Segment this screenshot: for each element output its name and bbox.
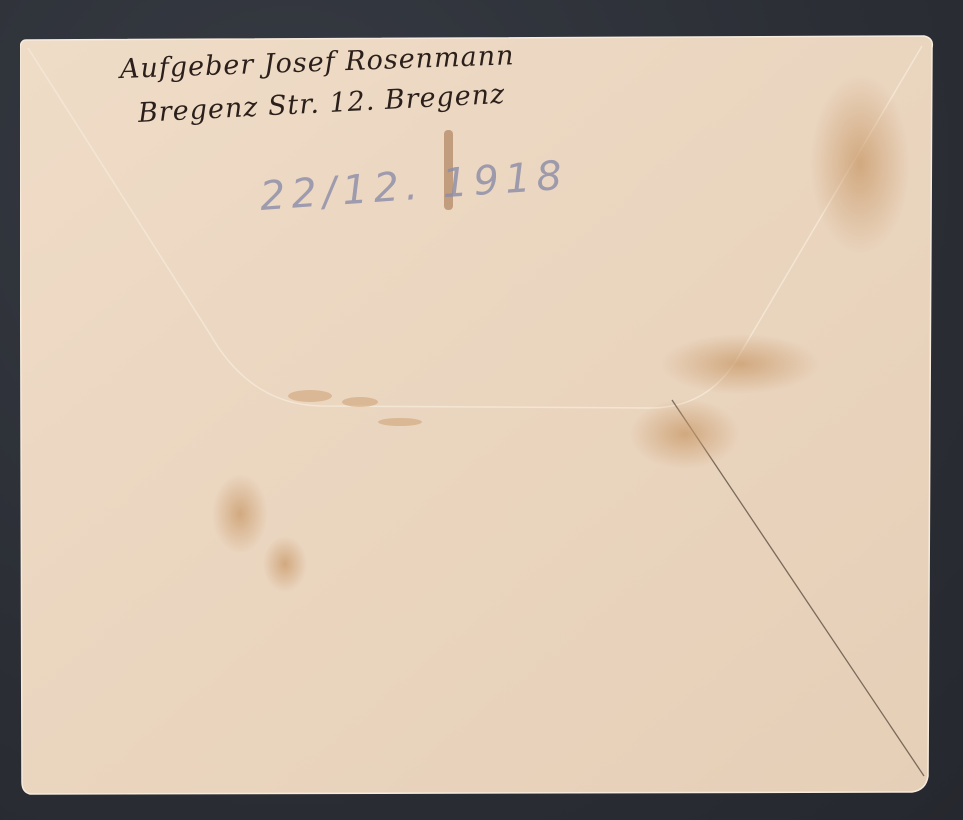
envelope-drawing xyxy=(20,34,936,796)
stain-flap-seal-2 xyxy=(342,397,378,407)
stain-left xyxy=(212,474,268,554)
stain-flap-seal-3 xyxy=(378,418,422,426)
stain-flap-seal-1 xyxy=(288,390,332,402)
envelope-back: Aufgeber Josef Rosenmann Bregenz Str. 12… xyxy=(20,34,936,796)
stain-left-tail xyxy=(263,536,307,592)
stain-right-flap xyxy=(660,334,820,394)
stain-top-right xyxy=(810,74,910,254)
envelope-paper xyxy=(20,36,932,794)
stain-crease xyxy=(630,399,740,469)
